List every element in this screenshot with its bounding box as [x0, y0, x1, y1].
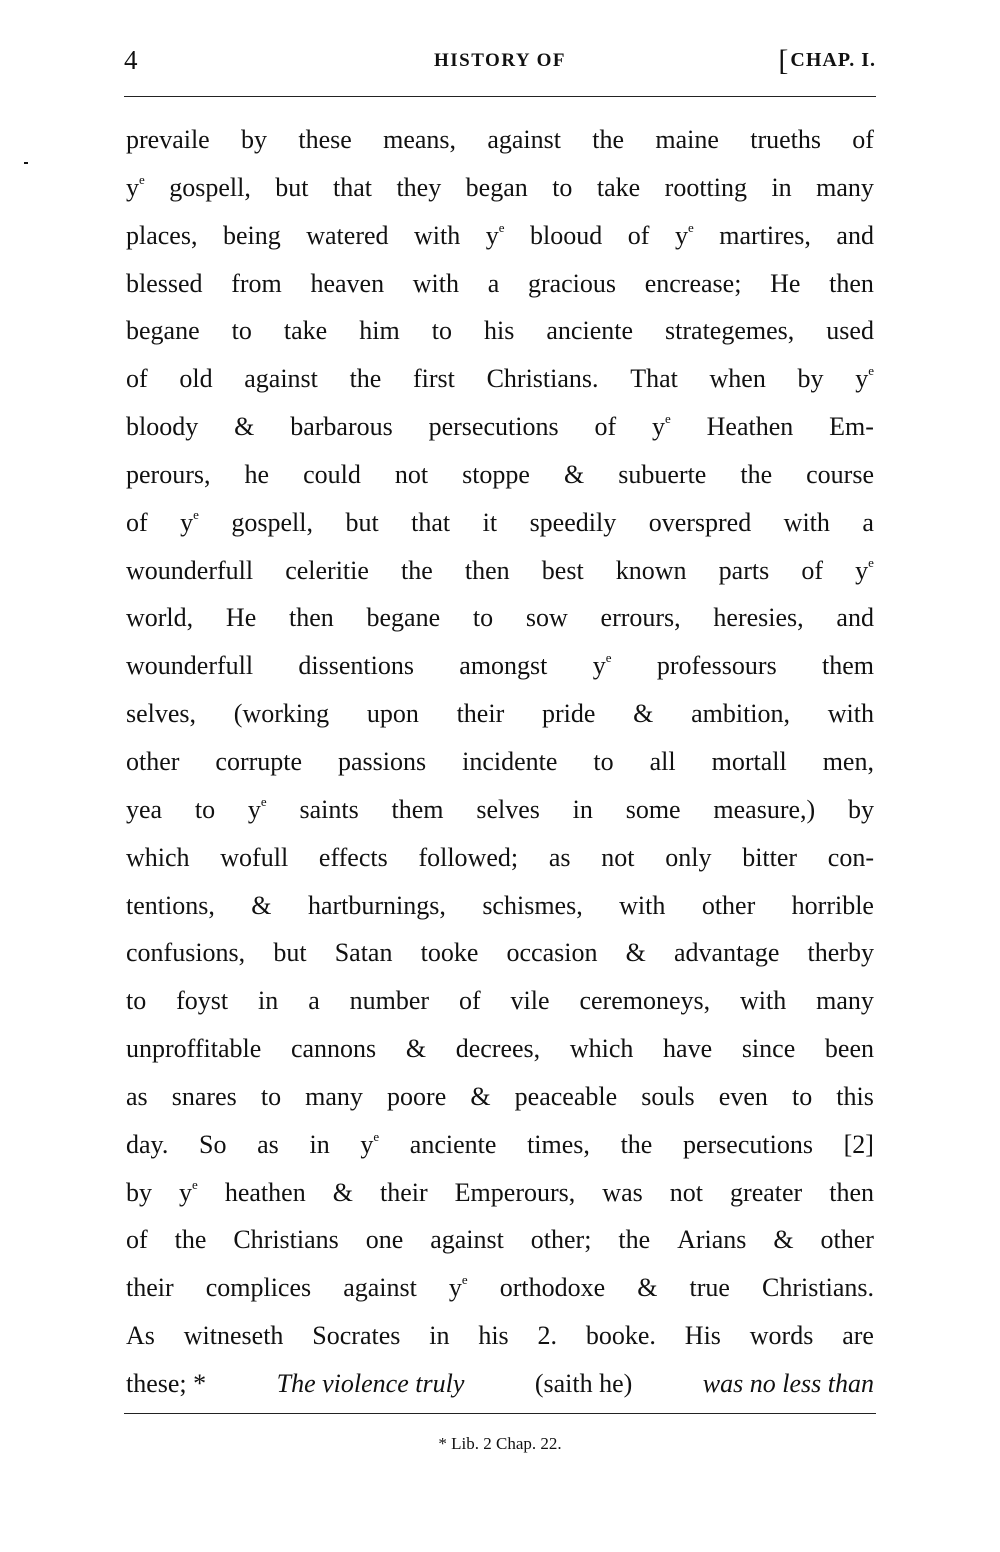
- word: So: [199, 1121, 226, 1169]
- word: from: [231, 260, 282, 308]
- word: of: [801, 547, 823, 595]
- word: encrease;: [645, 260, 742, 308]
- word: strategemes,: [665, 307, 794, 355]
- word: anciente: [410, 1121, 497, 1169]
- word: ye: [486, 212, 505, 260]
- book-page: 4 HISTORY OF [CHAP. I. prevailebytheseme…: [0, 0, 1000, 1552]
- word: of: [126, 499, 148, 547]
- word: used: [826, 307, 874, 355]
- word: therby: [808, 929, 874, 977]
- superscript-e: e: [139, 172, 145, 187]
- word: of: [852, 116, 874, 164]
- word: ye: [126, 164, 145, 212]
- word: peaceable: [515, 1073, 617, 1121]
- superscript-e: e: [665, 411, 671, 426]
- word: of: [594, 403, 616, 451]
- word: in: [309, 1121, 329, 1169]
- word: blessed: [126, 260, 203, 308]
- body-line: bloody&barbarouspersecutionsofyeHeathenE…: [126, 403, 874, 451]
- word: &: [626, 929, 646, 977]
- word: Em-: [829, 403, 874, 451]
- word: professours: [657, 642, 777, 690]
- word: other: [821, 1216, 874, 1264]
- word: Christians: [233, 1216, 338, 1264]
- word: dissentions: [298, 642, 414, 690]
- word: &: [406, 1025, 426, 1073]
- word: number: [350, 977, 429, 1025]
- body-line: oftheChristiansoneagainstother;theArians…: [126, 1216, 874, 1264]
- word: to: [232, 307, 252, 355]
- word: the: [740, 451, 772, 499]
- body-line: ofyegospell,butthatitspeedilyoverspredwi…: [126, 499, 874, 547]
- word: being: [223, 212, 281, 260]
- word: only: [665, 834, 711, 882]
- word: the: [401, 547, 433, 595]
- word: many: [816, 977, 874, 1025]
- word: persecutions: [683, 1121, 813, 1169]
- word: could: [303, 451, 361, 499]
- body-line: AswitnesethSocratesinhis2.booke.Hiswords…: [126, 1312, 874, 1360]
- word: ye: [855, 355, 874, 403]
- word: (working: [234, 690, 329, 738]
- word: true: [690, 1264, 730, 1312]
- word: &: [633, 690, 653, 738]
- body-line: selves,(workingupontheirpride&ambition,w…: [126, 690, 874, 738]
- word: places,: [126, 212, 197, 260]
- word: greater: [730, 1169, 802, 1217]
- superscript-e: e: [499, 220, 505, 235]
- word: course: [806, 451, 874, 499]
- header-rule: [124, 96, 876, 97]
- word: all: [650, 738, 676, 786]
- word: horrible: [792, 882, 874, 930]
- margin-speck: [24, 162, 28, 164]
- word: to: [552, 164, 572, 212]
- word: maine: [655, 116, 719, 164]
- word: against: [244, 355, 318, 403]
- word: wounderfull: [126, 642, 253, 690]
- word: ye: [652, 403, 671, 451]
- word: tentions,: [126, 882, 215, 930]
- word: with: [828, 690, 874, 738]
- word: &: [637, 1264, 657, 1312]
- word: this: [836, 1073, 874, 1121]
- last-line-lead: these; *: [126, 1360, 206, 1408]
- superscript-e: e: [192, 1177, 198, 1192]
- word: advantage: [674, 929, 779, 977]
- word: day.: [126, 1121, 168, 1169]
- word: martires,: [719, 212, 811, 260]
- word: their: [126, 1264, 174, 1312]
- word: parts: [719, 547, 770, 595]
- word: stoppe: [462, 451, 530, 499]
- body-line: yegospell,butthattheybegantotakerootting…: [126, 164, 874, 212]
- body-line: wounderfullceleritiethethenbestknownpart…: [126, 547, 874, 595]
- word: take: [284, 307, 327, 355]
- word: his: [478, 1312, 508, 1360]
- word: ceremoneys,: [579, 977, 710, 1025]
- word: As: [126, 1312, 155, 1360]
- word: as: [257, 1121, 279, 1169]
- word: ye: [593, 642, 612, 690]
- word: by: [848, 786, 874, 834]
- word: world,: [126, 594, 193, 642]
- word: Socrates: [312, 1312, 400, 1360]
- word: perours,: [126, 451, 210, 499]
- word: occasion: [507, 929, 598, 977]
- word: Satan: [335, 929, 393, 977]
- word: first: [413, 355, 455, 403]
- word: effects: [319, 834, 388, 882]
- word: other;: [531, 1216, 592, 1264]
- word: his: [484, 307, 514, 355]
- chapter-label: CHAP. I.: [790, 49, 876, 71]
- word: foyst: [176, 977, 228, 1025]
- word: Emperours,: [455, 1169, 576, 1217]
- body-line: tofoystinanumberofvileceremoneys,withman…: [126, 977, 874, 1025]
- word: since: [742, 1025, 795, 1073]
- word: then: [289, 594, 334, 642]
- word: wounderfull: [126, 547, 253, 595]
- word: barbarous: [290, 403, 393, 451]
- word: amongst: [459, 642, 547, 690]
- word: &: [251, 882, 271, 930]
- superscript-e: e: [606, 650, 612, 665]
- word: it: [483, 499, 497, 547]
- word: speedily: [530, 499, 617, 547]
- word: of: [628, 212, 650, 260]
- superscript-e: e: [261, 794, 267, 809]
- word: overspred: [649, 499, 752, 547]
- word: &: [234, 403, 254, 451]
- word: other: [126, 738, 179, 786]
- word: against: [487, 116, 561, 164]
- body-line: othercorruptepassionsincidentetoallmorta…: [126, 738, 874, 786]
- word: that: [333, 164, 372, 212]
- word: some: [626, 786, 681, 834]
- word: unproffitable: [126, 1025, 261, 1073]
- word: schismes,: [482, 882, 582, 930]
- word: tooke: [421, 929, 479, 977]
- word: was: [602, 1169, 642, 1217]
- word: of: [459, 977, 481, 1025]
- word: trueths: [750, 116, 821, 164]
- body-line: assnarestomanypoore&peaceablesoulsevento…: [126, 1073, 874, 1121]
- word: are: [842, 1312, 874, 1360]
- quote-aside: (saith he): [535, 1360, 632, 1408]
- word: &: [333, 1169, 353, 1217]
- word: in: [258, 977, 278, 1025]
- word: as: [126, 1073, 148, 1121]
- word: as: [549, 834, 571, 882]
- word: ye: [179, 1169, 198, 1217]
- word: &: [773, 1216, 793, 1264]
- word: ye: [180, 499, 199, 547]
- word: ambition,: [691, 690, 790, 738]
- word: with: [784, 499, 830, 547]
- word: to: [792, 1073, 812, 1121]
- word: hartburnings,: [308, 882, 446, 930]
- body-line: prevailebythesemeans,againstthemainetrue…: [126, 116, 874, 164]
- word: them: [822, 642, 874, 690]
- word: ye: [855, 547, 874, 595]
- body-line: beganetotakehimtohisancientestrategemes,…: [126, 307, 874, 355]
- body-line: world,Hethenbeganetosowerrours,heresies,…: [126, 594, 874, 642]
- word: against: [430, 1216, 504, 1264]
- word: He: [770, 260, 800, 308]
- word: a: [488, 260, 500, 308]
- word: blooud: [530, 212, 602, 260]
- word: ye: [360, 1121, 379, 1169]
- word: upon: [367, 690, 419, 738]
- word: by: [126, 1169, 152, 1217]
- word: to: [195, 786, 215, 834]
- chapter-bracket: [: [778, 44, 789, 77]
- word: decrees,: [456, 1025, 540, 1073]
- word: cannons: [291, 1025, 376, 1073]
- word: by: [241, 116, 267, 164]
- word: confusions,: [126, 929, 245, 977]
- word: saints: [300, 786, 359, 834]
- word: the: [621, 1121, 653, 1169]
- word: ye: [449, 1264, 468, 1312]
- word: anciente: [546, 307, 633, 355]
- word: not: [670, 1169, 703, 1217]
- word: Christians.: [487, 355, 599, 403]
- word: Christians.: [762, 1264, 874, 1312]
- word: passions: [338, 738, 426, 786]
- word: yea: [126, 786, 162, 834]
- word: but: [345, 499, 378, 547]
- word: words: [750, 1312, 814, 1360]
- word: the: [350, 355, 382, 403]
- word: mortall: [712, 738, 787, 786]
- word: the: [618, 1216, 650, 1264]
- word: with: [740, 977, 786, 1025]
- superscript-e: e: [193, 507, 199, 522]
- word: prevaile: [126, 116, 210, 164]
- word: take: [597, 164, 640, 212]
- word: which: [126, 834, 190, 882]
- word: snares: [172, 1073, 237, 1121]
- word: heathen: [225, 1169, 306, 1217]
- word: their: [457, 690, 505, 738]
- word: &: [564, 451, 584, 499]
- word: begane: [367, 594, 441, 642]
- word: He: [226, 594, 256, 642]
- word: bloody: [126, 403, 198, 451]
- word: His: [685, 1312, 721, 1360]
- body-text: prevailebythesemeans,againstthemainetrue…: [126, 116, 874, 1408]
- word: which: [570, 1025, 634, 1073]
- body-line: tentions,&hartburnings,schismes,withothe…: [126, 882, 874, 930]
- word: witneseth: [184, 1312, 284, 1360]
- word: their: [380, 1169, 428, 1217]
- word: errours,: [601, 594, 681, 642]
- word: Arians: [677, 1216, 746, 1264]
- body-line: unproffitablecannons&decrees,whichhavesi…: [126, 1025, 874, 1073]
- word: but: [273, 929, 306, 977]
- word: have: [663, 1025, 712, 1073]
- word: souls: [641, 1073, 694, 1121]
- word: watered: [306, 212, 388, 260]
- word: ye: [248, 786, 267, 834]
- word: corrupte: [215, 738, 302, 786]
- word: times,: [527, 1121, 590, 1169]
- body-line: perours,hecouldnotstoppe&subuertethecour…: [126, 451, 874, 499]
- word: these: [298, 116, 351, 164]
- quote-italic-2: was no less than: [703, 1360, 874, 1408]
- word: Heathen: [707, 403, 794, 451]
- word: poore: [387, 1073, 446, 1121]
- word: he: [245, 451, 270, 499]
- word: to: [261, 1073, 281, 1121]
- word: orthodoxe: [500, 1264, 605, 1312]
- word: and: [836, 212, 874, 260]
- word: then: [829, 260, 874, 308]
- chapter-reference: [CHAP. I.: [778, 46, 876, 75]
- word: selves,: [126, 690, 196, 738]
- word: in: [573, 786, 593, 834]
- word: began: [466, 164, 528, 212]
- word: they: [396, 164, 441, 212]
- word: booke.: [586, 1312, 656, 1360]
- word: of: [126, 355, 148, 403]
- word: heresies,: [713, 594, 803, 642]
- word: &: [470, 1073, 490, 1121]
- word: complices: [206, 1264, 311, 1312]
- word: selves: [476, 786, 540, 834]
- word: incidente: [462, 738, 557, 786]
- word: vile: [511, 977, 550, 1025]
- word: but: [275, 164, 308, 212]
- word: not: [601, 834, 634, 882]
- word: many: [305, 1073, 363, 1121]
- body-line: byyeheathen&theirEmperours,wasnotgreater…: [126, 1169, 874, 1217]
- word: gracious: [528, 260, 616, 308]
- word: to: [593, 738, 613, 786]
- body-line: day.Soasinyeancientetimes,thepersecution…: [126, 1121, 874, 1169]
- word: them: [392, 786, 444, 834]
- body-line: confusions,butSatantookeoccasion&advanta…: [126, 929, 874, 977]
- word: a: [862, 499, 874, 547]
- word: and: [836, 594, 874, 642]
- body-line: yeatoyesaintsthemselvesinsomemeasure,)by: [126, 786, 874, 834]
- word: followed;: [418, 834, 518, 882]
- body-line: blessedfromheavenwithagraciousencrease;H…: [126, 260, 874, 308]
- word: sow: [526, 594, 568, 642]
- word: gospell,: [169, 164, 251, 212]
- word: when: [710, 355, 766, 403]
- quote-italic-1: The violence truly: [277, 1360, 465, 1408]
- word: begane: [126, 307, 200, 355]
- word: subuerte: [618, 451, 706, 499]
- word: rootting: [665, 164, 747, 212]
- word: the: [175, 1216, 207, 1264]
- word: pride: [542, 690, 595, 738]
- body-line: ofoldagainstthefirstChristians.Thatwhenb…: [126, 355, 874, 403]
- word: even: [719, 1073, 768, 1121]
- word: other: [702, 882, 755, 930]
- word: gospell,: [231, 499, 313, 547]
- body-line: wounderfulldissentionsamongstyeprofessou…: [126, 642, 874, 690]
- body-line: places,beingwateredwithyeblooudofyemarti…: [126, 212, 874, 260]
- word: [2]: [844, 1121, 874, 1169]
- word: bitter: [742, 834, 797, 882]
- word: men,: [823, 738, 874, 786]
- word: wofull: [220, 834, 288, 882]
- word: celeritie: [285, 547, 369, 595]
- superscript-e: e: [868, 363, 874, 378]
- word: many: [816, 164, 874, 212]
- word: of: [126, 1216, 148, 1264]
- word: con-: [828, 834, 874, 882]
- word: him: [359, 307, 399, 355]
- superscript-e: e: [688, 220, 694, 235]
- word: best: [542, 547, 584, 595]
- word: persecutions: [429, 403, 559, 451]
- body-line-last: these; * The violence truly (saith he) w…: [126, 1360, 874, 1408]
- word: with: [619, 882, 665, 930]
- word: a: [308, 977, 320, 1025]
- word: with: [413, 260, 459, 308]
- superscript-e: e: [868, 555, 874, 570]
- word: known: [616, 547, 687, 595]
- word: that: [411, 499, 450, 547]
- word: in: [771, 164, 791, 212]
- word: been: [825, 1025, 874, 1073]
- word: by: [798, 355, 824, 403]
- word: in: [429, 1312, 449, 1360]
- word: to: [473, 594, 493, 642]
- word: to: [432, 307, 452, 355]
- word: heaven: [310, 260, 384, 308]
- word: against: [343, 1264, 417, 1312]
- footnote-rule: [124, 1413, 876, 1414]
- word: with: [414, 212, 460, 260]
- running-head: 4 HISTORY OF [CHAP. I.: [124, 44, 876, 80]
- word: old: [179, 355, 212, 403]
- footnote: * Lib. 2 Chap. 22.: [124, 1432, 876, 1456]
- word: means,: [383, 116, 456, 164]
- word: 2.: [538, 1312, 558, 1360]
- superscript-e: e: [373, 1129, 379, 1144]
- word: ye: [675, 212, 694, 260]
- word: then: [829, 1169, 874, 1217]
- word: That: [630, 355, 678, 403]
- body-line: whichwofulleffectsfollowed;asnotonlybitt…: [126, 834, 874, 882]
- word: one: [366, 1216, 404, 1264]
- body-line: theircomplicesagainstyeorthodoxe&trueChr…: [126, 1264, 874, 1312]
- superscript-e: e: [462, 1272, 468, 1287]
- word: then: [465, 547, 510, 595]
- running-title: HISTORY OF: [124, 48, 876, 74]
- word: not: [395, 451, 428, 499]
- word: to: [126, 977, 146, 1025]
- word: the: [592, 116, 624, 164]
- word: measure,): [713, 786, 815, 834]
